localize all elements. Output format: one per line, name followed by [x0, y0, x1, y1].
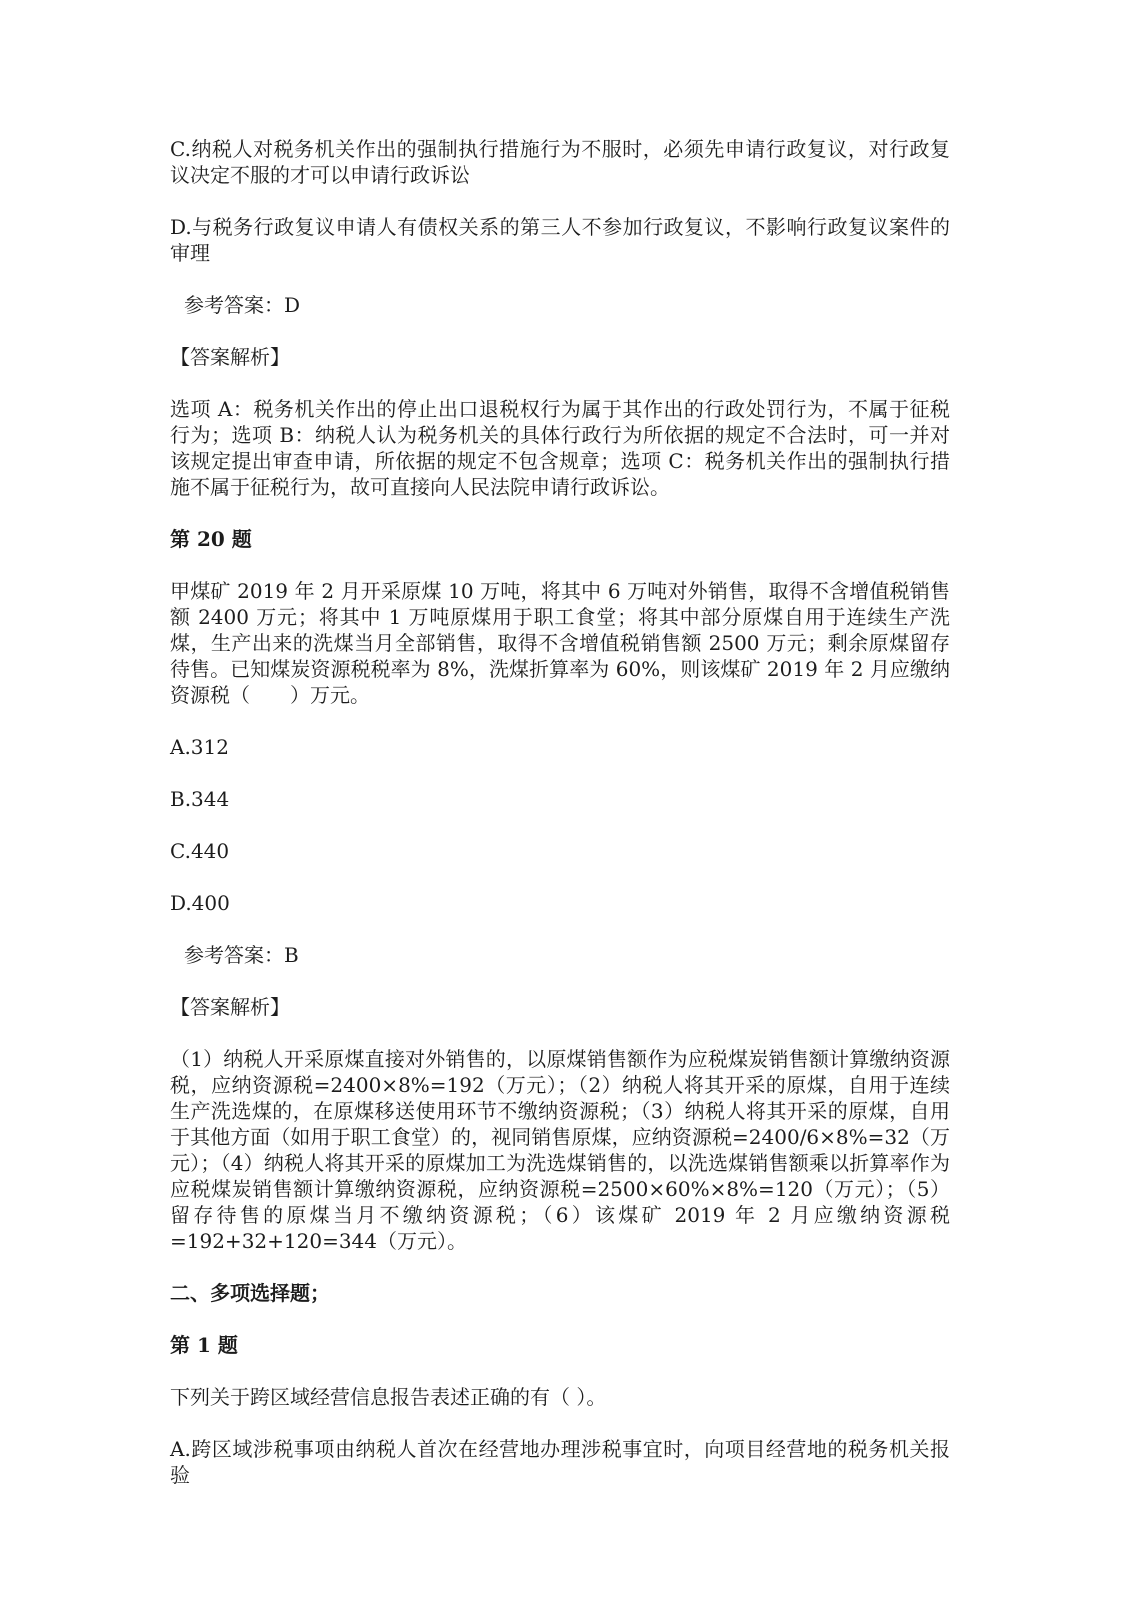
- q20-option-c: C.440: [170, 838, 950, 864]
- q19-option-c: C.纳税人对税务机关作出的强制执行措施行为不服时，必须先申请行政复议，对行政复议…: [170, 136, 950, 188]
- q19-analysis-title: 【答案解析】: [170, 344, 950, 370]
- q19-analysis-text: 选项 A：税务机关作出的停止出口退税权行为属于其作出的行政处罚行为，不属于征税行…: [170, 396, 950, 500]
- q20-analysis-title: 【答案解析】: [170, 994, 950, 1020]
- q20-option-d: D.400: [170, 890, 950, 916]
- section2-q1-stem: 下列关于跨区域经营信息报告表述正确的有（ ）。: [170, 1384, 950, 1410]
- q20-stem: 甲煤矿 2019 年 2 月开采原煤 10 万吨，将其中 6 万吨对外销售，取得…: [170, 578, 950, 708]
- exam-document-page: C.纳税人对税务机关作出的强制执行措施行为不服时，必须先申请行政复议，对行政复议…: [0, 0, 1131, 1600]
- q19-reference-answer: 参考答案：D: [170, 292, 950, 318]
- section2-q1-option-a: A.跨区域涉税事项由纳税人首次在经营地办理涉税事宜时，向项目经营地的税务机关报验: [170, 1436, 950, 1488]
- q20-analysis-text: （1）纳税人开采原煤直接对外销售的，以原煤销售额作为应税煤炭销售额计算缴纳资源税…: [170, 1046, 950, 1254]
- section2-q1-title: 第 1 题: [170, 1332, 950, 1358]
- q20-option-b: B.344: [170, 786, 950, 812]
- q19-option-d: D.与税务行政复议申请人有债权关系的第三人不参加行政复议，不影响行政复议案件的审…: [170, 214, 950, 266]
- section2-heading: 二、多项选择题；: [170, 1280, 950, 1306]
- q20-reference-answer: 参考答案：B: [170, 942, 950, 968]
- q20-option-a: A.312: [170, 734, 950, 760]
- q20-title: 第 20 题: [170, 526, 950, 552]
- document-content: C.纳税人对税务机关作出的强制执行措施行为不服时，必须先申请行政复议，对行政复议…: [170, 136, 950, 1514]
